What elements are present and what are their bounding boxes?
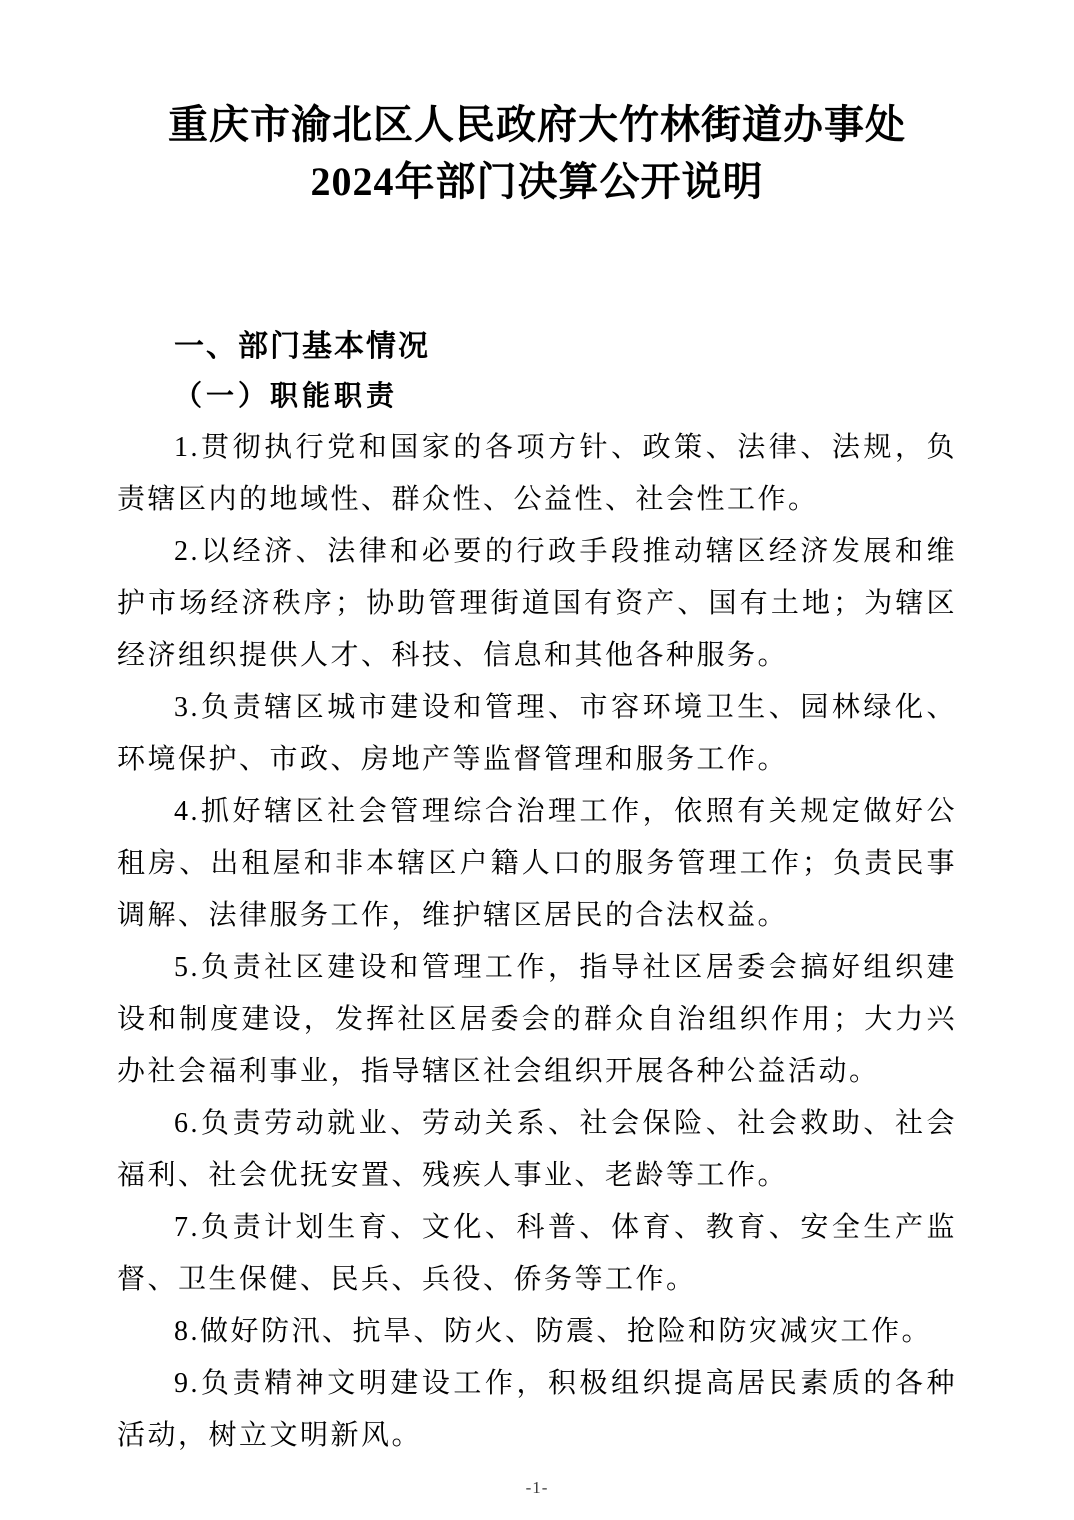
duty-paragraph-1: 1.贯彻执行党和国家的各项方针、政策、法律、法规，负责辖区内的地域性、群众性、公…	[117, 422, 957, 526]
duty-paragraph-3: 3.负责辖区城市建设和管理、市容环境卫生、园林绿化、环境保护、市政、房地产等监督…	[117, 682, 957, 786]
document-page: 重庆市渝北区人民政府大竹林街道办事处 2024年部门决算公开说明 一、部门基本情…	[0, 0, 1074, 1520]
duty-paragraph-6: 6.负责劳动就业、劳动关系、社会保险、社会救助、社会福利、社会优抚安置、残疾人事…	[117, 1098, 957, 1202]
document-title-line2: 2024年部门决算公开说明	[0, 153, 1074, 210]
duty-paragraph-5: 5.负责社区建设和管理工作，指导社区居委会搞好组织建设和制度建设，发挥社区居委会…	[117, 942, 957, 1098]
duty-paragraph-8: 8.做好防汛、抗旱、防火、防震、抢险和防灾减灾工作。	[117, 1306, 957, 1358]
duty-paragraph-9: 9.负责精神文明建设工作，积极组织提高居民素质的各种活动，树立文明新风。	[117, 1358, 957, 1462]
duty-paragraph-4: 4.抓好辖区社会管理综合治理工作，依照有关规定做好公租房、出租屋和非本辖区户籍人…	[117, 786, 957, 942]
document-title: 重庆市渝北区人民政府大竹林街道办事处 2024年部门决算公开说明	[0, 0, 1074, 210]
document-title-line1: 重庆市渝北区人民政府大竹林街道办事处	[0, 96, 1074, 153]
page-number: -1-	[0, 1478, 1074, 1498]
duty-paragraph-7: 7.负责计划生育、文化、科普、体育、教育、安全生产监督、卫生保健、民兵、兵役、侨…	[117, 1202, 957, 1306]
subsection-heading-duties: （一）职能职责	[117, 372, 957, 422]
document-body: 一、部门基本情况 （一）职能职责 1.贯彻执行党和国家的各项方针、政策、法律、法…	[117, 322, 957, 1462]
duty-paragraph-2: 2.以经济、法律和必要的行政手段推动辖区经济发展和维护市场经济秩序；协助管理街道…	[117, 526, 957, 682]
section-heading-basic-info: 一、部门基本情况	[117, 322, 957, 372]
